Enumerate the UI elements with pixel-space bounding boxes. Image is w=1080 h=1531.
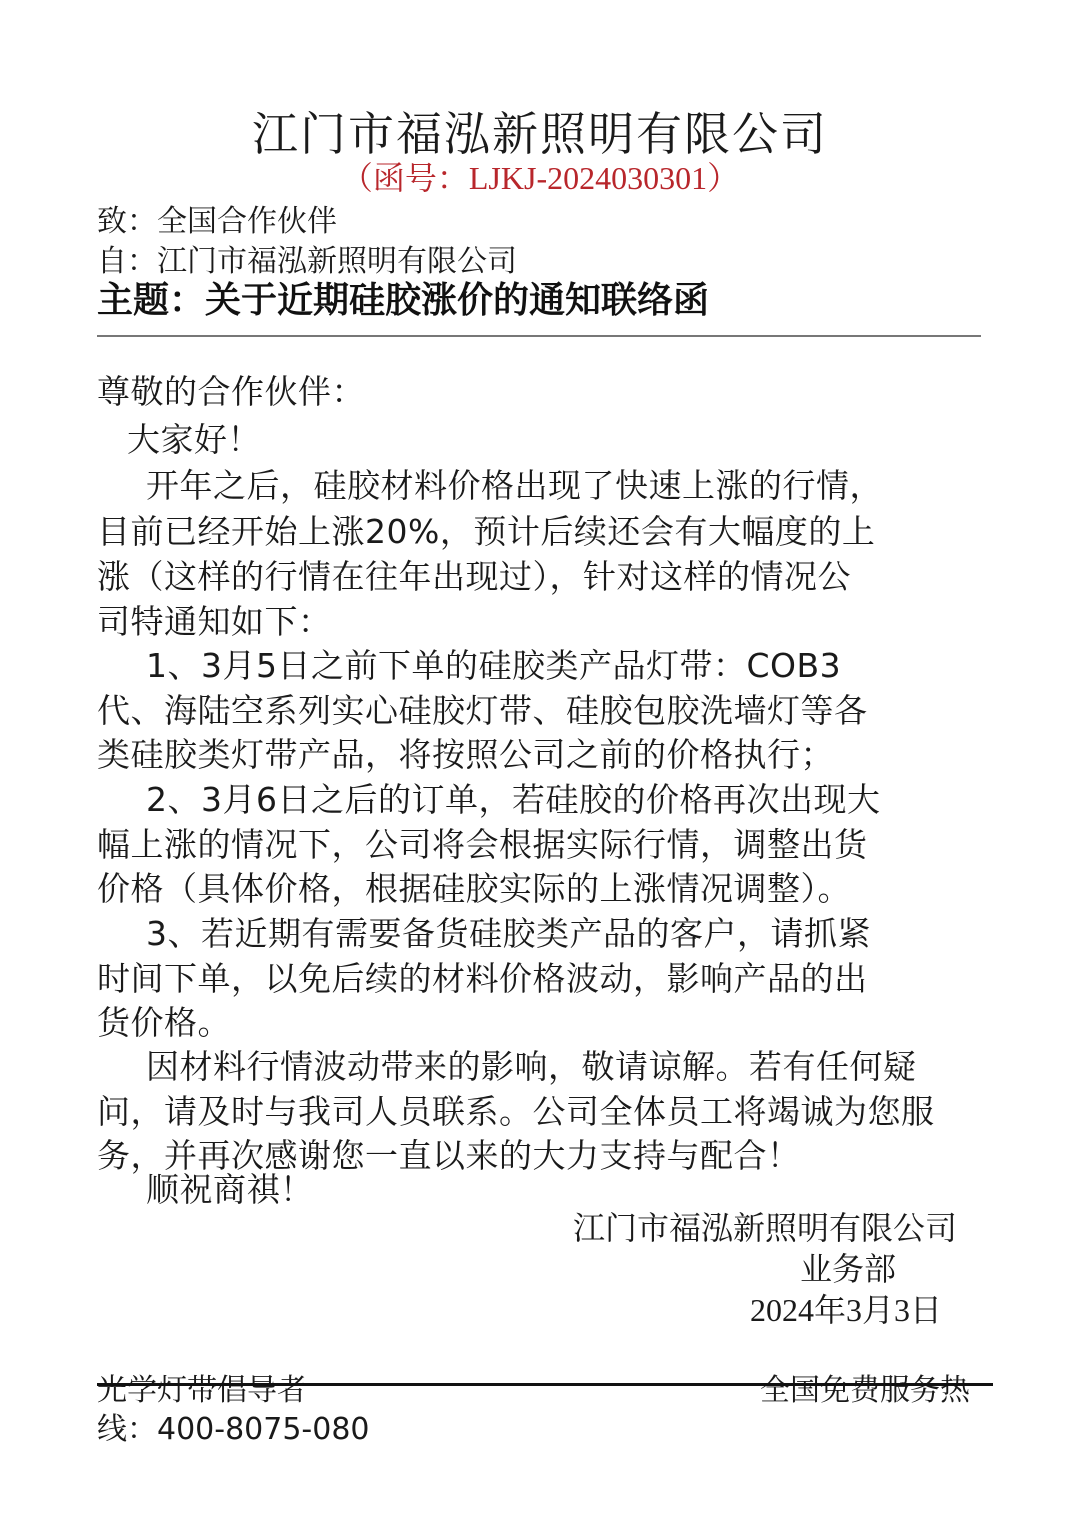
body-line: 问，请及时与我司人员联系。公司全体员工将竭诚为您服 [97, 1086, 935, 1133]
body-line: 2、3月6日之后的订单，若硅胶的价格再次出现大 [146, 774, 881, 821]
body-line: 1、3月5日之前下单的硅胶类产品灯带：COB3 [146, 640, 841, 687]
header-divider [97, 335, 981, 337]
body-line: 价格（具体价格，根据硅胶实际的上涨情况调整）。 [97, 863, 851, 910]
signature-department: 业务部 [800, 1244, 896, 1290]
footer-hotline-label: 全国免费服务热 [760, 1365, 970, 1409]
body-line: 大家好！ [127, 414, 261, 461]
subject-line: 主题：关于近期硅胶涨价的通知联络函 [97, 272, 709, 323]
signature-date: 2024年3月3日 [750, 1285, 942, 1331]
signature-company: 江门市福泓新照明有限公司 [573, 1203, 957, 1249]
letter-reference-number: （函号：LJKJ-2024030301） [0, 153, 1080, 199]
body-line: 因材料行情波动带来的影响，敬请谅解。若有任何疑 [146, 1041, 917, 1088]
body-line: 目前已经开始上涨20%，预计后续还会有大幅度的上 [97, 506, 875, 553]
body-line: 货价格。 [97, 997, 231, 1044]
body-line: 时间下单，以免后续的材料价格波动，影响产品的出 [97, 953, 868, 1000]
body-line: 代、海陆空系列实心硅胶灯带、硅胶包胶洗墙灯等各 [97, 685, 868, 732]
body-line: 开年之后，硅胶材料价格出现了快速上涨的行情， [146, 460, 883, 507]
footer-hotline-number: 线：400-8075-080 [97, 1404, 370, 1448]
body-line: 司特通知如下： [97, 596, 332, 643]
footer-slogan: 光学灯带倡导者 [97, 1365, 307, 1409]
body-line: 涨（这样的行情在往年出现过），针对这样的情况公 [97, 551, 851, 598]
body-line: 幅上涨的情况下，公司将会根据实际行情，调整出货 [97, 819, 868, 866]
body-line: 类硅胶类灯带产品，将按照公司之前的价格执行； [97, 729, 834, 776]
body-line: 3、若近期有需要备货硅胶类产品的客户，请抓紧 [146, 908, 871, 955]
recipient-line: 致：全国合作伙伴 [97, 196, 337, 240]
footer-strike-line [97, 1383, 993, 1386]
body-line: 顺祝商祺！ [146, 1164, 314, 1211]
body-line: 尊敬的合作伙伴： [97, 366, 365, 413]
